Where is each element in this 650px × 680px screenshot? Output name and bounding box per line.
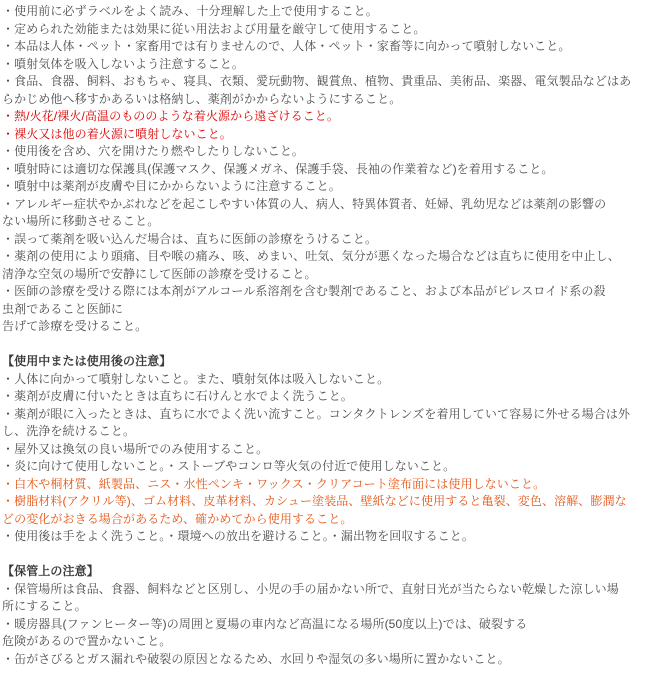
text-line: ・使用後は手をよく洗うこと。・環境への放出を避けること。・漏出物を回収すること。 bbox=[2, 528, 650, 546]
text-line: ・人体に向かって噴射しないこと。また、噴射気体は吸入しないこと。 bbox=[2, 371, 650, 389]
text-line: ・缶がさびるとガス漏れや破裂の原因となるため、水回りや湿気の多い場所に置かないこ… bbox=[2, 651, 650, 669]
text-line: らかじめ他へ移すかあるいは格納し、薬剤がかからないようにすること。 bbox=[2, 91, 650, 109]
text-line: ・医師の診療を受ける際には本剤がアルコール系溶剤を含む製剤であること、および本品… bbox=[2, 283, 650, 301]
warning-text-line: ・熱/火花/裸火/高温のもののような着火源から遠ざけること。 bbox=[2, 108, 650, 126]
text-line: ・食品、食器、飼料、おもちゃ、寝具、衣類、愛玩動物、観賞魚、植物、貴重品、美術品… bbox=[2, 73, 650, 91]
text-line: 所にすること。 bbox=[2, 598, 650, 616]
section-header: 【使用中または使用後の注意】 bbox=[2, 353, 650, 371]
text-line: 危険があるので置かないこと。 bbox=[2, 633, 650, 651]
text-line: 清浄な空気の場所で安静にして医師の診療を受けること。 bbox=[2, 266, 650, 284]
text-line: ・薬剤が皮膚に付いたときは直ちに石けんと水でよく洗うこと。 bbox=[2, 388, 650, 406]
text-line: ・屋外又は換気の良い場所でのみ使用すること。 bbox=[2, 441, 650, 459]
text-line: ・炎に向けて使用しないこと。・ストーブやコンロ等火気の付近で使用しないこと。 bbox=[2, 458, 650, 476]
text-line: ・噴射気体を吸入しないよう注意すること。 bbox=[2, 56, 650, 74]
text-line: ・定められた効能または効果に従い用法および用量を厳守して使用すること。 bbox=[2, 21, 650, 39]
text-line: ・暖房器具(ファンヒーター等)の周囲と夏場の車内など高温になる場所(50度以上)… bbox=[2, 616, 650, 634]
section-header: 【保管上の注意】 bbox=[2, 563, 650, 581]
text-line: 虫剤であること医師に bbox=[2, 301, 650, 319]
document-body: ・使用前に必ずラベルをよく読み、十分理解した上で使用すること。・定められた効能ま… bbox=[0, 0, 650, 668]
text-line: ・噴射時には適切な保護具(保護マスク、保護メガネ、保護手袋、長袖の作業着など)を… bbox=[2, 161, 650, 179]
text-line: ・アレルギー症状やかぶれなどを起こしやすい体質の人、病人、特異体質者、妊婦、乳幼… bbox=[2, 196, 650, 214]
text-line: し、洗浄を続けること。 bbox=[2, 423, 650, 441]
caution-text-line: ・樹脂材料(アクリル等)、ゴム材料、皮革材料、カシュー塗装品、壁紙などに使用する… bbox=[2, 493, 650, 511]
blank-line bbox=[2, 546, 650, 564]
text-line: ・保管場所は食品、食器、飼料などと区別し、小児の手の届かない所で、直射日光が当た… bbox=[2, 581, 650, 599]
text-line: 告げて診療を受けること。 bbox=[2, 318, 650, 336]
text-line: ・使用前に必ずラベルをよく読み、十分理解した上で使用すること。 bbox=[2, 3, 650, 21]
text-line: ない場所に移動させること。 bbox=[2, 213, 650, 231]
text-line: ・誤って薬剤を吸い込んだ場合は、直ちに医師の診療をうけること。 bbox=[2, 231, 650, 249]
text-line: ・本品は人体・ペット・家畜用では有りませんので、人体・ペット・家畜等に向かって噴… bbox=[2, 38, 650, 56]
text-line: ・使用後を含め、穴を開けたり燃やしたりしないこと。 bbox=[2, 143, 650, 161]
warning-text-line: ・裸火又は他の着火源に噴射しないこと。 bbox=[2, 126, 650, 144]
text-line: ・薬剤の使用により頭痛、目や喉の痛み、咳、めまい、吐気、気分が悪くなった場合など… bbox=[2, 248, 650, 266]
text-line: ・噴射中は薬剤が皮膚や目にかからないように注意すること。 bbox=[2, 178, 650, 196]
caution-text-line: ・白木や桐材質、紙製品、ニス・水性ペンキ・ワックス・クリアコート塗布面には使用し… bbox=[2, 476, 650, 494]
blank-line bbox=[2, 336, 650, 354]
text-line: ・薬剤が眼に入ったときは、直ちに水でよく洗い流すこと。コンタクトレンズを着用して… bbox=[2, 406, 650, 424]
caution-text-line: どの変化がおきる場合があるため、確かめてから使用すること。 bbox=[2, 511, 650, 529]
